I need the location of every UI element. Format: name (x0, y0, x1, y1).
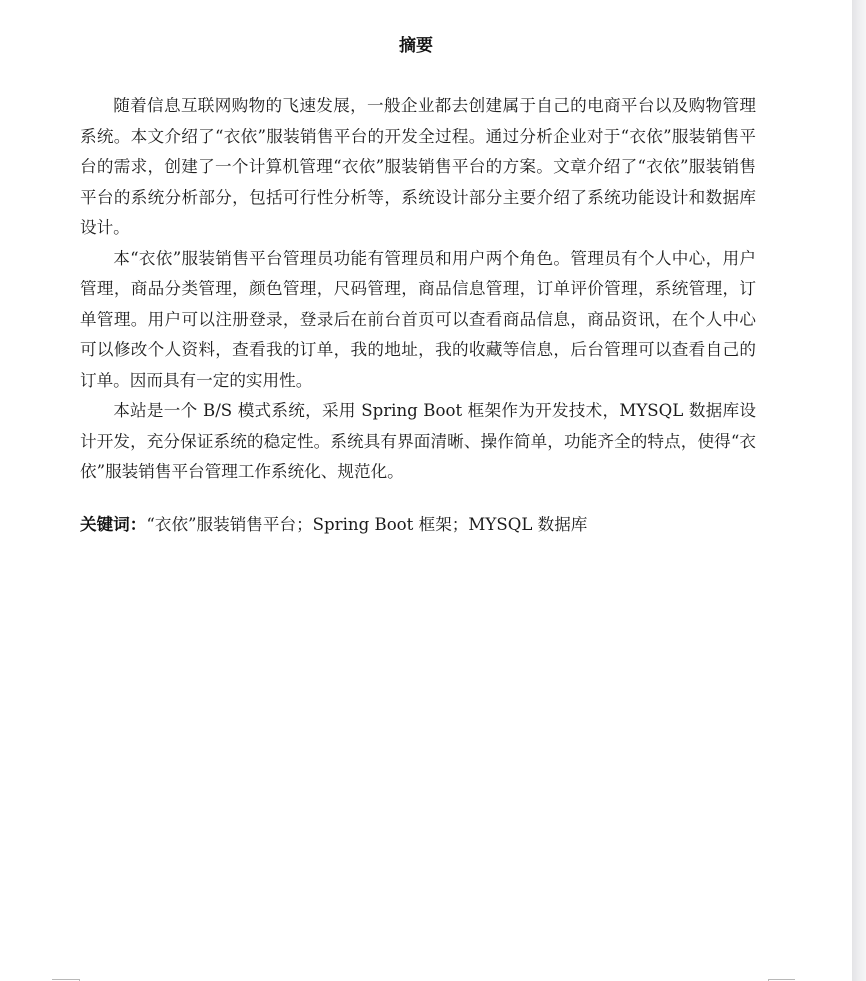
page-gutter (852, 0, 866, 981)
crop-mark-bottom-left (52, 979, 79, 980)
keywords-value: “衣依”服装销售平台；Spring Boot 框架；MYSQL 数据库 (146, 515, 587, 534)
abstract-paragraph: 随着信息互联网购物的飞速发展，一般企业都去创建属于自己的电商平台以及购物管理系统… (80, 91, 756, 244)
keywords-line: 关键词：“衣依”服装销售平台；Spring Boot 框架；MYSQL 数据库 (80, 510, 756, 541)
abstract-body: 随着信息互联网购物的飞速发展，一般企业都去创建属于自己的电商平台以及购物管理系统… (80, 91, 756, 488)
page-title: 摘要 (0, 31, 832, 56)
document-page: 摘要 随着信息互联网购物的飞速发展，一般企业都去创建属于自己的电商平台以及购物管… (0, 0, 852, 981)
keywords-label: 关键词： (80, 515, 146, 534)
abstract-paragraph: 本站是一个 B/S 模式系统，采用 Spring Boot 框架作为开发技术，M… (80, 396, 756, 488)
crop-mark-bottom-right (768, 979, 795, 980)
abstract-paragraph: 本“衣依”服装销售平台管理员功能有管理员和用户两个角色。管理员有个人中心，用户管… (80, 244, 756, 397)
